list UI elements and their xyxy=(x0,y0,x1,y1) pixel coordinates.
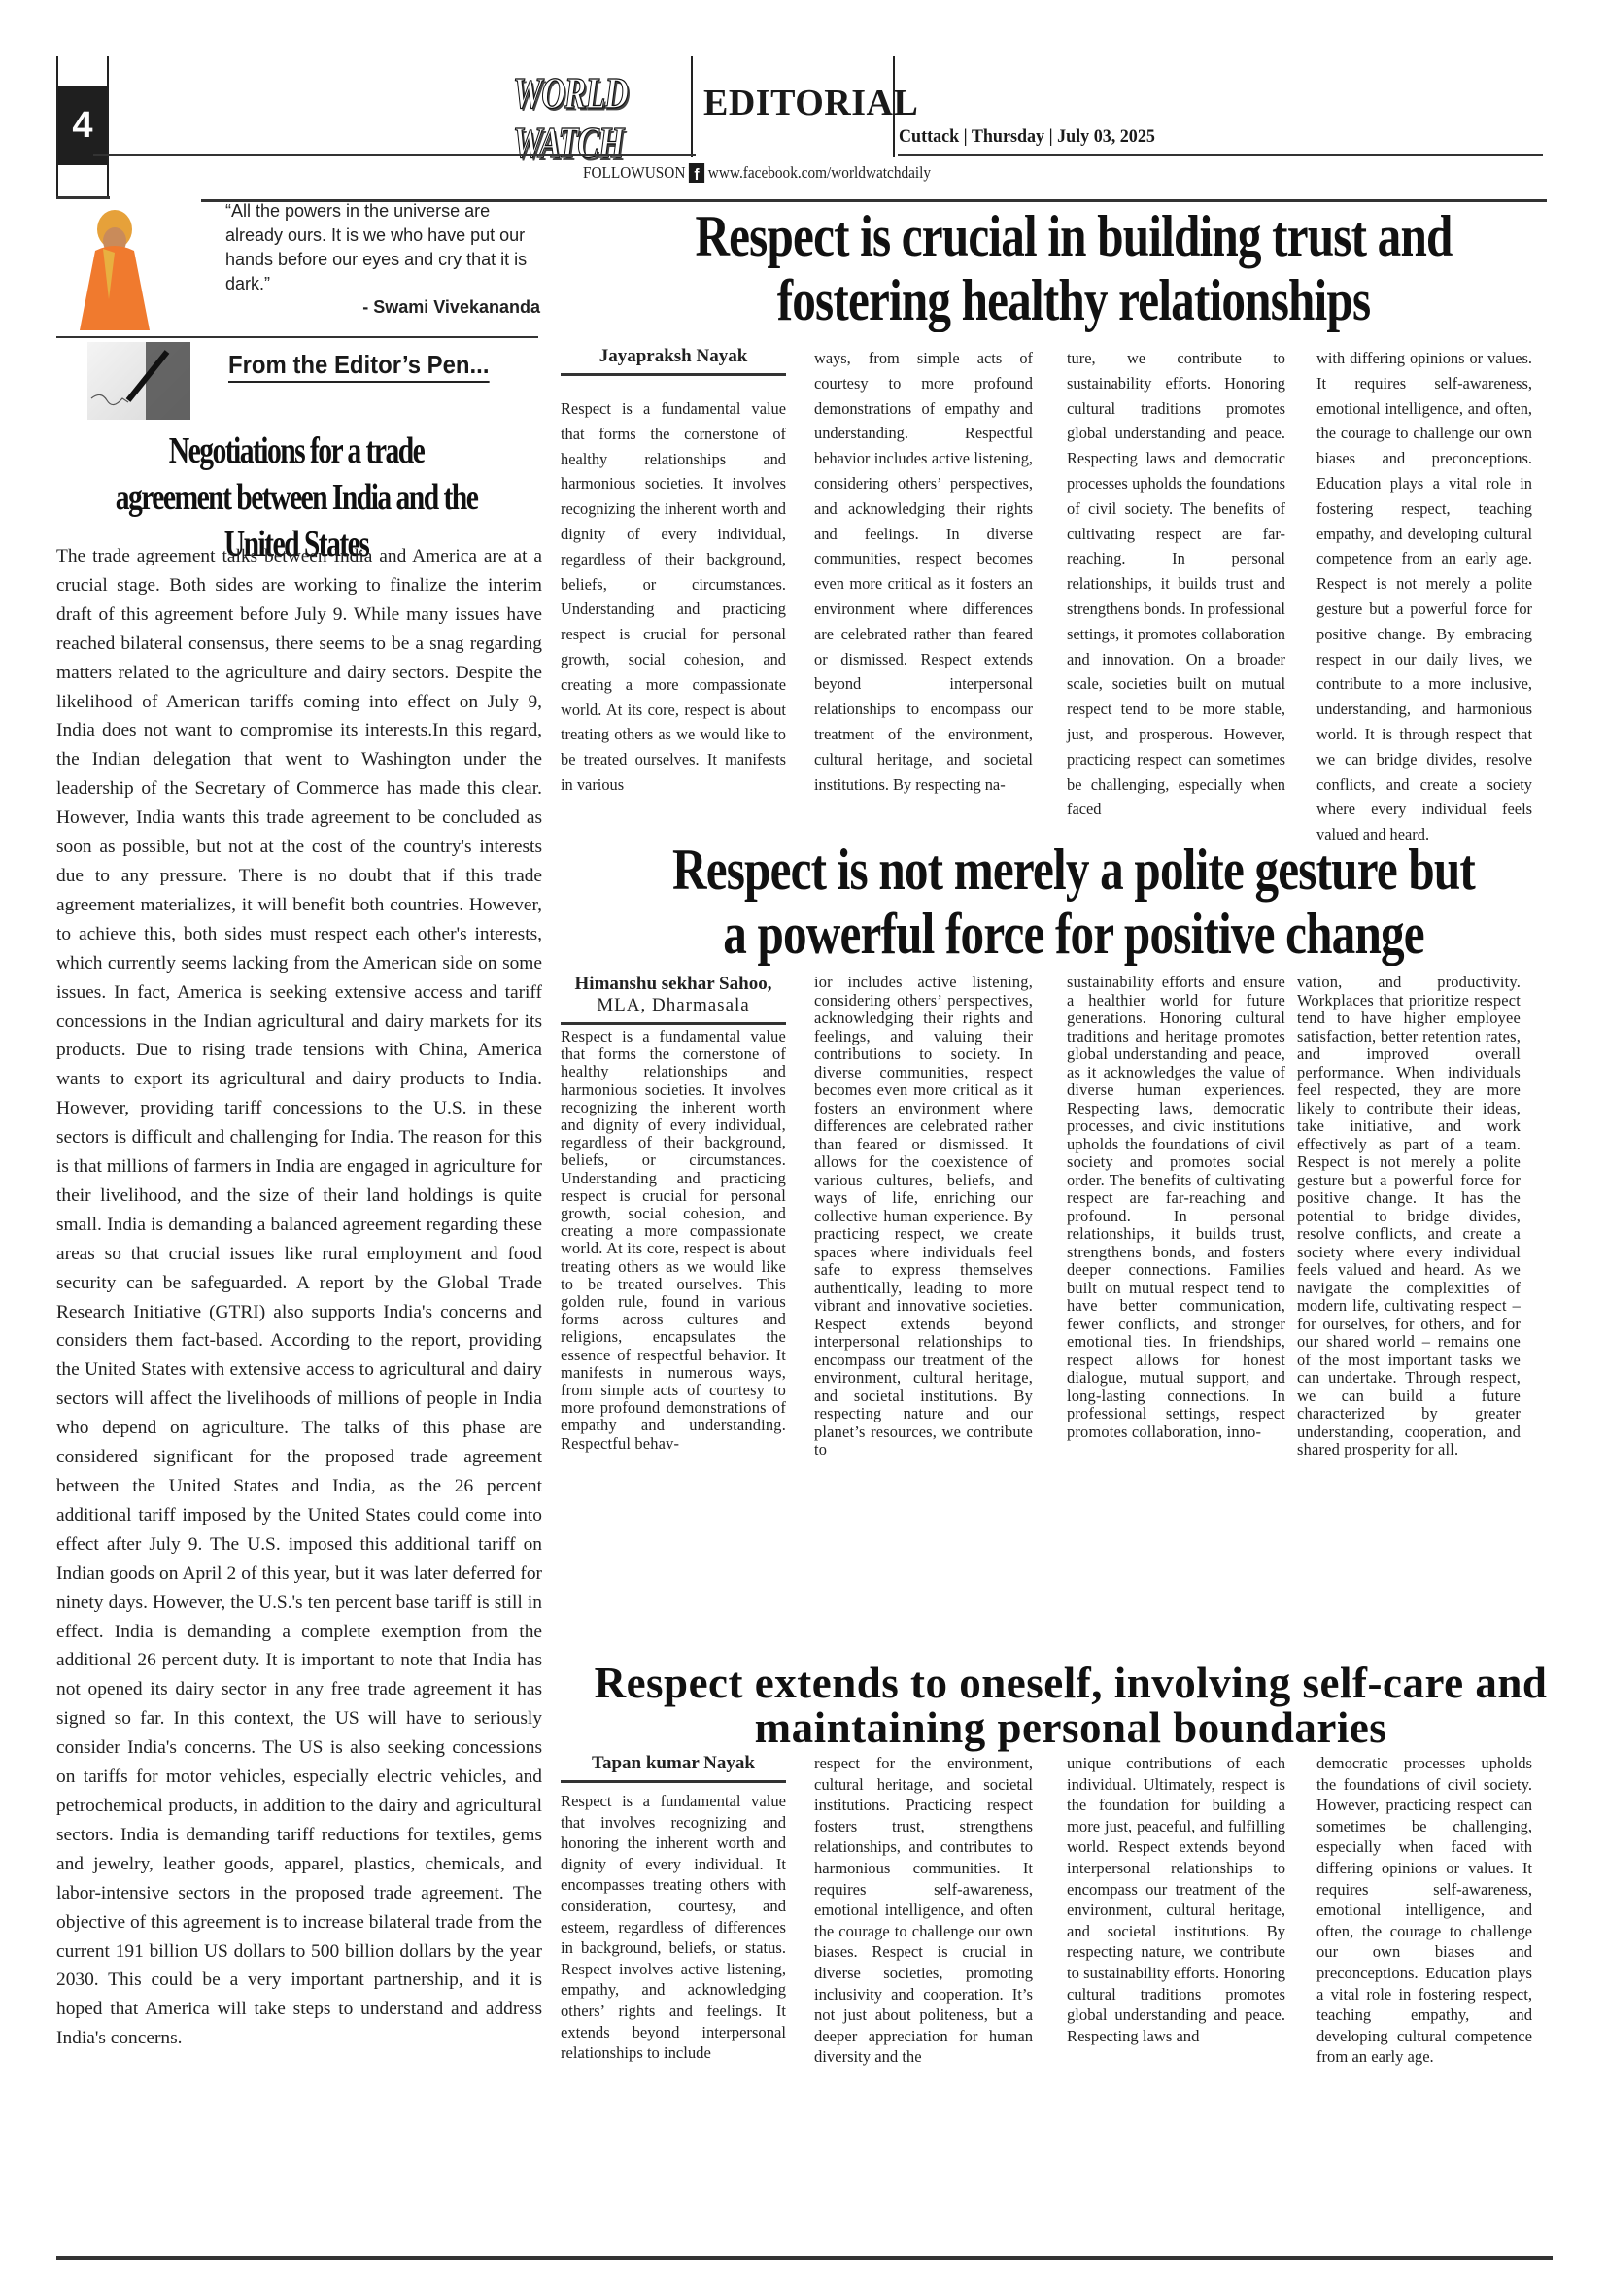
byline-name: Jayapraksh Nayak xyxy=(599,346,748,366)
article-2-byline: Himanshu sekhar Sahoo, MLA, Dharmasala xyxy=(561,974,786,1025)
article-2-headline: Respect is not merely a polite gesture b… xyxy=(656,838,1492,966)
quote-divider xyxy=(56,336,538,338)
article-2-column-3: sustainability efforts and ensure a heal… xyxy=(1067,974,1285,1441)
facebook-link[interactable]: www.facebook.com/worldwatchdaily xyxy=(708,163,931,183)
dateline: Cuttack | Thursday | July 03, 2025 xyxy=(899,126,1155,148)
quote-author: - Swami Vivekananda xyxy=(225,297,540,318)
facebook-icon: f xyxy=(689,163,704,183)
article-3-column-2: respect for the environment, cultural he… xyxy=(814,1753,1033,2068)
masthead-page-rule xyxy=(107,56,109,196)
article-1-column-2: ways, from simple acts of courtesy to mo… xyxy=(814,346,1033,797)
masthead-divider-2 xyxy=(893,56,895,157)
article-3-column-4: democratic processes upholds the foundat… xyxy=(1316,1753,1532,2068)
masthead-rule-right xyxy=(898,154,1543,156)
article-1-column-3: ture, we contribute to sustainability ef… xyxy=(1067,346,1285,822)
article-1-column-4: with differing opinions or values. It re… xyxy=(1316,346,1532,847)
editor-pen-title: From the Editor’s Pen... xyxy=(228,350,489,383)
follow-us[interactable]: FOLLOWUSON f www.facebook.com/worldwatch… xyxy=(583,163,931,183)
article-2-column-2: ior includes active listening, consideri… xyxy=(814,974,1033,1459)
article-3-byline: Tapan kumar Nayak xyxy=(561,1753,786,1783)
article-3-headline: Respect extends to oneself, involving se… xyxy=(575,1661,1566,1750)
pen-writing-icon xyxy=(87,342,190,420)
swami-vivekananda-portrait xyxy=(66,202,163,330)
article-2-column-1: Respect is a fundamental value that form… xyxy=(561,1028,786,1453)
article-2-column-4: vation, and productivity. Workplaces tha… xyxy=(1297,974,1521,1459)
footer-rule xyxy=(56,2256,1553,2260)
byline-title: MLA, Dharmasala xyxy=(561,995,786,1016)
byline-name: Tapan kumar Nayak xyxy=(592,1753,755,1773)
article-1-column-1: Respect is a fundamental value that form… xyxy=(561,396,786,798)
article-1-byline: Jayapraksh Nayak xyxy=(561,346,786,376)
quote-text: “All the powers in the universe are alre… xyxy=(225,199,540,296)
article-1-headline: Respect is crucial in building trust and… xyxy=(660,204,1488,332)
article-3-column-1: Respect is a fundamental value that invo… xyxy=(561,1791,786,2064)
editorial-body: The trade agreement talks between India … xyxy=(56,542,542,2053)
masthead-box-bottom xyxy=(56,196,110,199)
article-3-column-3: unique contributions of each individual.… xyxy=(1067,1753,1285,2046)
section-title: EDITORIAL xyxy=(703,82,918,124)
byline-name: Himanshu sekhar Sahoo, xyxy=(575,974,772,994)
masthead-rule-left xyxy=(93,154,696,156)
masthead-divider-1 xyxy=(691,56,693,157)
follow-label: FOLLOWUSON xyxy=(583,163,685,183)
